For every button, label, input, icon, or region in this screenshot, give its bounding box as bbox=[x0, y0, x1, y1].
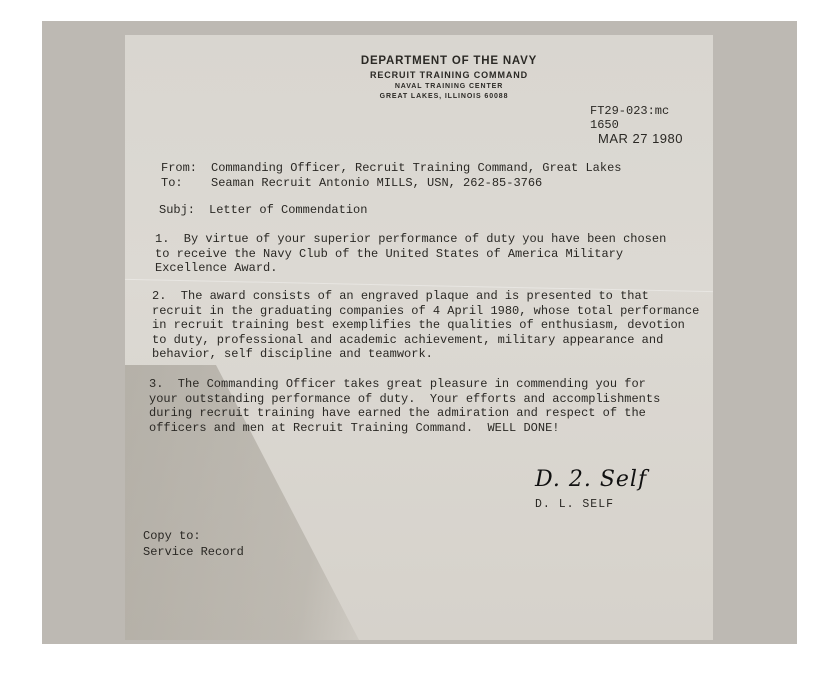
to-value: Seaman Recruit Antonio MILLS, USN, 262-8… bbox=[211, 176, 542, 191]
copy-to-recipient: Service Record bbox=[143, 544, 244, 560]
reference-serial: 1650 bbox=[590, 118, 683, 132]
date-stamp: MAR 27 1980 bbox=[598, 132, 683, 146]
to-row: To: Seaman Recruit Antonio MILLS, USN, 2… bbox=[161, 176, 621, 191]
paragraph-2: 2. The award consists of an engraved pla… bbox=[152, 289, 699, 362]
subject-value: Letter of Commendation bbox=[209, 203, 367, 217]
letterhead-center: NAVAL TRAINING CENTER bbox=[185, 83, 713, 90]
copy-to-block: Copy to: Service Record bbox=[143, 528, 244, 560]
paragraph-3: 3. The Commanding Officer takes great pl… bbox=[149, 377, 660, 435]
reference-code: FT29-023:mc bbox=[590, 104, 683, 118]
from-row: From: Commanding Officer, Recruit Traini… bbox=[161, 161, 621, 176]
letterhead: DEPARTMENT OF THE NAVY RECRUIT TRAINING … bbox=[125, 55, 713, 100]
subject-row: Subj: Letter of Commendation bbox=[159, 203, 367, 217]
letterhead-command: RECRUIT TRAINING COMMAND bbox=[185, 70, 713, 80]
letter-page: DEPARTMENT OF THE NAVY RECRUIT TRAINING … bbox=[125, 35, 713, 640]
memo-header: From: Commanding Officer, Recruit Traini… bbox=[161, 161, 621, 190]
typed-signature-name: D. L. SELF bbox=[535, 498, 614, 511]
from-value: Commanding Officer, Recruit Training Com… bbox=[211, 161, 621, 176]
letterhead-address: GREAT LAKES, ILLINOIS 60088 bbox=[175, 93, 713, 100]
handwritten-signature: D. 2. Self bbox=[535, 467, 647, 492]
paragraph-1: 1. By virtue of your superior performanc… bbox=[155, 232, 666, 276]
from-label: From: bbox=[161, 161, 211, 176]
letterhead-department: DEPARTMENT OF THE NAVY bbox=[185, 55, 713, 67]
reference-block: FT29-023:mc 1650 MAR 27 1980 bbox=[590, 104, 683, 146]
to-label: To: bbox=[161, 176, 211, 191]
subject-label: Subj: bbox=[159, 203, 209, 217]
copy-to-label: Copy to: bbox=[143, 528, 244, 544]
